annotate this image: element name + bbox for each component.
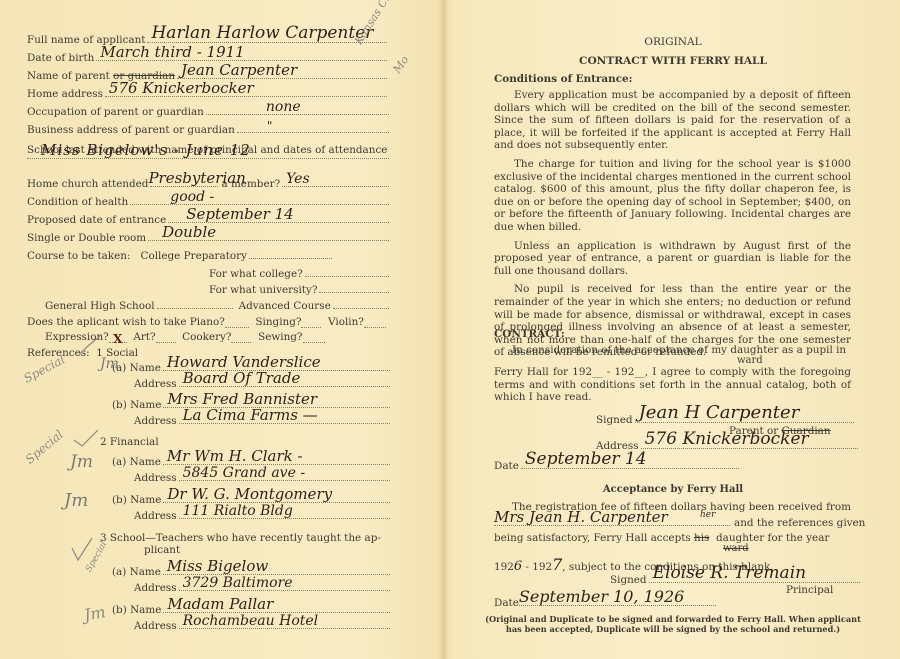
field-value: Presbyterian — [148, 169, 245, 187]
ref-name-value: Madam Pallar — [167, 595, 273, 613]
contract-text-2: Ferry Hall for 192__ - 192__, I agree to… — [494, 366, 851, 404]
for-college-label: For what college? — [209, 268, 303, 280]
ref-address-label: Address — [134, 582, 177, 594]
pencil-initials: Jm — [100, 356, 119, 372]
field-value: September 14 — [186, 205, 293, 223]
field-label: Condition of health — [27, 196, 128, 208]
piano-label: Does the aplicant wish to take Piano? — [27, 316, 225, 328]
year-start: 6 — [514, 559, 522, 574]
ref-name-label: Name — [130, 399, 161, 411]
signed-label: Signed — [596, 414, 633, 426]
ref-address-value: La Cima Farms — — [183, 406, 318, 424]
general-high-school-label: General High School — [45, 300, 155, 312]
year-start-prefix: 192 — [494, 561, 514, 573]
ref-name-label: Name — [130, 362, 161, 374]
course-label: Course to be taken: — [27, 250, 131, 262]
field-value: 576 Knickerbocker — [109, 79, 254, 97]
condition-paragraph: Unless an application is withdrawn by Au… — [494, 240, 851, 278]
ref-letter: (a) — [112, 566, 126, 578]
field-room: Single or Double room Double — [27, 232, 389, 244]
ref-name-label: Name — [130, 494, 161, 506]
for-university-label: For what university? — [209, 284, 317, 296]
ref-name-label: Name — [130, 566, 161, 578]
field-value: Double — [162, 223, 216, 241]
ref-address-value: Board Of Trade — [183, 369, 301, 387]
field-label: Home address — [27, 88, 103, 100]
acceptance-from: Mrs Jean H. Carpenter and the references… — [494, 517, 852, 529]
ref-name-value: Mr Wm H. Clark - — [167, 447, 303, 465]
year-end-prefix: 192 — [532, 561, 552, 573]
pencil-note-special: Special — [23, 427, 66, 466]
ref-letter: (b) — [112, 494, 127, 506]
ref-financial-b-address: Address 111 Rialto Bldg — [134, 510, 390, 522]
conditions-paragraphs: Every application must be accompanied by… — [494, 89, 851, 359]
ref-address-label: Address — [134, 620, 177, 632]
date-label: Date — [494, 460, 519, 472]
expression-mark: X — [113, 332, 122, 346]
singing-label: Singing? — [255, 316, 301, 328]
field-business-address: Business address of parent or guardian " — [27, 124, 389, 136]
date-value: September 14 — [525, 449, 647, 469]
ref-letter: (b) — [112, 604, 127, 616]
group-title-financial: 2 Financial — [100, 436, 159, 448]
signed-value: Eloise R. Tremain — [653, 563, 806, 583]
field-label: Date of birth — [27, 52, 94, 64]
pencil-initials: Jm — [64, 490, 88, 511]
footnote-line-1: (Original and Duplicate to be signed and… — [446, 614, 900, 624]
ward-struck: ward — [723, 543, 749, 554]
acceptance-text-2: and the references given — [734, 517, 865, 529]
from-value: Mrs Jean H. Carpenter — [494, 508, 668, 526]
ref-address-label: Address — [134, 415, 177, 427]
field-home-address: Home address 576 Knickerbocker — [27, 88, 387, 100]
date-value: September 10, 1926 — [519, 587, 684, 606]
field-school-last-attended: Miss Bigelow's - June 12 — [27, 158, 389, 162]
pencil-initials: Jm — [70, 452, 93, 472]
art-label: Art? — [133, 331, 155, 343]
ref-address-value: 3729 Baltimore — [183, 575, 293, 591]
ref-name-value: Miss Bigelow — [167, 557, 268, 575]
field-lessons-1: Does the aplicant wish to take Piano? Si… — [27, 316, 386, 328]
her-insert: her — [700, 510, 715, 520]
ref-name-label: Name — [130, 604, 161, 616]
conditions-title: Conditions of Entrance: — [494, 73, 633, 85]
ref-address-value: 5845 Grand ave - — [183, 465, 305, 481]
ref-name-value: Dr W. G. Montgomery — [167, 485, 332, 503]
signed-value: Jean H Carpenter — [639, 402, 800, 423]
application-page: Full name of applicant Harlan Harlow Car… — [0, 0, 440, 659]
ref-address-label: Address — [134, 378, 177, 390]
his-struck: his — [694, 532, 709, 544]
heading-contract: CONTRACT WITH FERRY HALL — [446, 55, 900, 67]
field-label: Single or Double room — [27, 232, 146, 244]
field-general-advanced: General High School Advanced Course — [45, 300, 389, 312]
contract-ward: ward — [737, 355, 763, 366]
field-value: " — [267, 119, 273, 133]
field-label: Occupation of parent or guardian — [27, 106, 204, 118]
field-value: good - — [170, 189, 214, 205]
cookery-label: Cookery? — [182, 331, 231, 343]
footnote-line-2: has been accepted, Duplicate will be sig… — [446, 624, 900, 634]
group-title-school-cont: plicant — [144, 544, 180, 556]
year-end: 7 — [552, 555, 562, 574]
acceptance-text-3a: being satisfactory, Ferry Hall accepts — [494, 532, 691, 544]
acceptance-title: Acceptance by Ferry Hall — [446, 484, 900, 495]
field-value: Jean Carpenter — [181, 61, 297, 79]
field-label: Home church attended — [27, 178, 148, 190]
document-scan: Full name of applicant Harlan Harlow Car… — [0, 0, 900, 659]
acceptance-date: Date September 10, 1926 — [494, 597, 716, 609]
contract-paragraph: Ferry Hall for 192__ - 192__, I agree to… — [494, 366, 851, 404]
ref-social-b-address: Address La Cima Farms — — [134, 415, 390, 427]
ref-address-label: Address — [134, 472, 177, 484]
pencil-initials: Jm — [83, 602, 108, 624]
ref-financial-a-address: Address 5845 Grand ave - — [134, 472, 390, 484]
field-lessons-2: Expression?X Art? Cookery? Sewing? — [45, 331, 325, 343]
sewing-label: Sewing? — [258, 331, 302, 343]
contract-date: Date September 14 — [494, 460, 739, 472]
principal-label: Principal — [786, 584, 833, 596]
field-value-member: Yes — [286, 171, 310, 187]
condition-paragraph: The charge for tuition and living for th… — [494, 158, 851, 234]
field-value: March third - 1911 — [100, 43, 244, 61]
ref-address-value: Rochambeau Hotel — [183, 613, 319, 629]
ref-social-a-address: Address Board Of Trade — [134, 378, 390, 390]
heading-original: ORIGINAL — [446, 36, 900, 48]
field-label: Name of parent — [27, 70, 110, 82]
course-college-prep: College Preparatory — [141, 250, 248, 262]
ref-letter: (a) — [112, 456, 126, 468]
violin-label: Violin? — [328, 316, 364, 328]
field-course: Course to be taken: College Preparatory — [27, 250, 332, 262]
acceptance-text-3: being satisfactory, Ferry Hall accepts h… — [494, 532, 829, 544]
condition-paragraph: Every application must be accompanied by… — [494, 89, 851, 152]
field-for-university: For what university? — [209, 284, 389, 296]
field-value: none — [266, 99, 301, 115]
pencil-note-state: Mo — [390, 53, 411, 75]
contract-page: ORIGINAL CONTRACT WITH FERRY HALL Condit… — [446, 0, 900, 659]
signed-label: Signed — [610, 574, 647, 586]
advanced-course-label: Advanced Course — [239, 300, 331, 312]
address-value: 576 Knickerbocker — [645, 429, 809, 449]
ref-address-value: 111 Rialto Bldg — [183, 503, 293, 519]
field-label: Business address of parent or guardian — [27, 124, 235, 136]
group-title-school: 3 School—Teachers who have recently taug… — [100, 532, 381, 544]
field-label: Proposed date of entrance — [27, 214, 166, 226]
field-value: Harlan Harlow Carpenter — [151, 23, 373, 43]
ref-address-label: Address — [134, 510, 177, 522]
contract-title: CONTRACT: — [494, 328, 565, 340]
field-occupation: Occupation of parent or guardian none — [27, 106, 389, 118]
pencil-note-special: Special — [84, 540, 109, 574]
ref-school-b-address: Address Rochambeau Hotel — [134, 620, 390, 632]
ref-letter: (b) — [112, 399, 127, 411]
ref-school-a-address: Address 3729 Baltimore — [134, 582, 390, 594]
expression-label: Expression? — [45, 331, 109, 343]
field-value: Miss Bigelow's - June 12 — [41, 141, 251, 159]
field-for-college: For what college? — [209, 268, 389, 280]
contract-text-1: In consideration of the acceptance of my… — [512, 344, 846, 356]
ref-name-label: Name — [130, 456, 161, 468]
references-heading: References: 1 Social — [27, 347, 138, 359]
date-label: Date — [494, 597, 519, 609]
